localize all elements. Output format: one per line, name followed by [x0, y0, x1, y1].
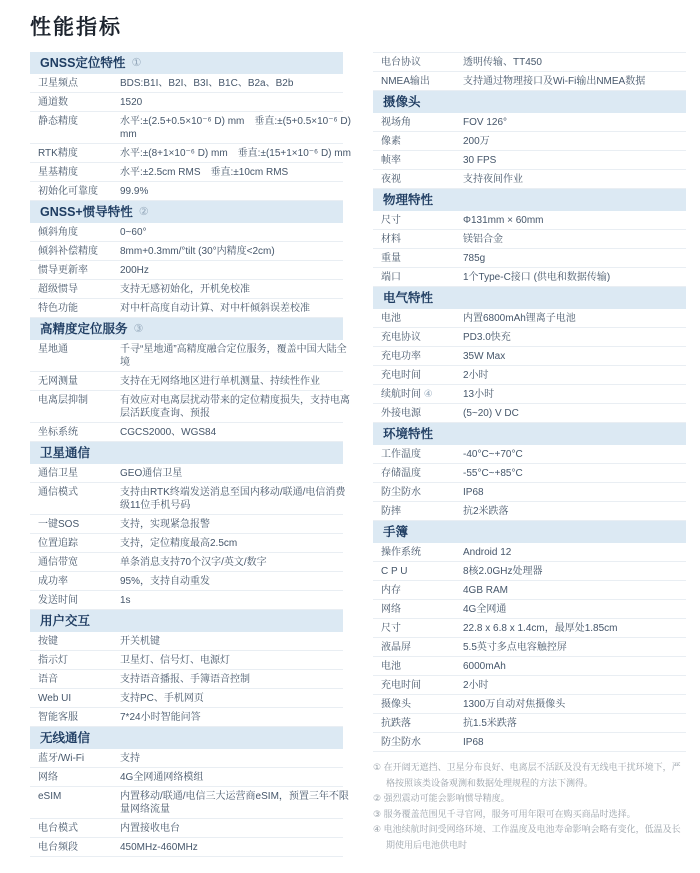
label-badge: ④ [424, 389, 433, 400]
spec-row: 指示灯卫星灯、信号灯、电源灯 [30, 651, 343, 670]
spec-section: 摄像头视场角FOV 126°像素200万帧率30 FPS夜视支持夜间作业 [373, 91, 686, 189]
spec-value: CGCS2000、WGS84 [120, 426, 355, 439]
spec-section: 无线通信蓝牙/Wi-Fi支持网络4G全网通网络模组eSIM内置移动/联通/电信三… [30, 727, 343, 857]
spec-label: 充电协议 [381, 331, 463, 344]
section-header: 卫星通信 [30, 442, 343, 464]
spec-value: 450MHz-460MHz [120, 841, 355, 854]
spec-row: 初始化可靠度99.9% [30, 182, 343, 201]
spec-row: RTK精度水平:±(8+1×10⁻⁶ D) mm 垂直:±(15+1×10⁻⁶ … [30, 144, 343, 163]
spec-label: 无网测量 [38, 375, 120, 388]
section-title: 环境特性 [383, 427, 433, 441]
spec-value: 99.9% [120, 185, 355, 198]
spec-label: 液晶屏 [381, 641, 463, 654]
spec-row: 摄像头1300万自动对焦摄像头 [373, 695, 686, 714]
spec-label: 倾斜角度 [38, 226, 120, 239]
spec-value: 35W Max [463, 350, 698, 363]
section-title: 无线通信 [40, 731, 90, 745]
spec-value: 8核2.0GHz处理器 [463, 565, 698, 578]
section-badge: ③ [134, 322, 144, 336]
spec-label: 位置追踪 [38, 537, 120, 550]
spec-label: 操作系统 [381, 546, 463, 559]
spec-value: 抗2米跌落 [463, 505, 698, 518]
spec-row: 端口1个Type-C接口 (供电和数据传输) [373, 268, 686, 287]
spec-row: 惯导更新率200Hz [30, 261, 343, 280]
spec-value: 镁铝合金 [463, 233, 698, 246]
spec-row: Web UI支持PC、手机网页 [30, 689, 343, 708]
spec-value: 抗1.5米跌落 [463, 717, 698, 730]
spec-value: 8mm+0.3mm/°tilt (30°内精度<2cm) [120, 245, 355, 258]
spec-value: 水平:±(2.5+0.5×10⁻⁶ D) mm 垂直:±(5+0.5×10⁻⁶ … [120, 115, 355, 141]
spec-label: 抗跌落 [381, 717, 463, 730]
spec-label: 特色功能 [38, 302, 120, 315]
spec-label: 防尘防水 [381, 486, 463, 499]
spec-value: 0~60° [120, 226, 355, 239]
spec-label: 坐标系统 [38, 426, 120, 439]
spec-label: 初始化可靠度 [38, 185, 120, 198]
spec-row: 电台模式内置接收电台 [30, 819, 343, 838]
spec-value: 支持，实现紧急报警 [120, 518, 355, 531]
spec-row: 语音支持语音播报、手簿语音控制 [30, 670, 343, 689]
spec-label: 网络 [381, 603, 463, 616]
spec-row: 电离层抑制有效应对电离层扰动带来的定位精度损失，支持电离层活跃度查询、预报 [30, 391, 343, 423]
spec-section: GNSS定位特性①卫星频点BDS:B1I、B2I、B3I、B1C、B2a、B2b… [30, 52, 343, 201]
section-title: GNSS定位特性 [40, 56, 125, 70]
spec-label: 星基精度 [38, 166, 120, 179]
footnote: ② 强烈震动可能会影响惯导精度。 [373, 791, 686, 807]
spec-value: FOV 126° [463, 116, 698, 129]
spec-label: 电台频段 [38, 841, 120, 854]
spec-label: 通信带宽 [38, 556, 120, 569]
spec-value: 支持语音播报、手簿语音控制 [120, 673, 355, 686]
spec-label: 存储温度 [381, 467, 463, 480]
footnote: ③ 服务覆盖范围见千寻官网，服务可用年限可在购买商品时选择。 [373, 807, 686, 823]
page-title: 性能指标 [30, 14, 670, 42]
section-header: 电气特性 [373, 287, 686, 309]
spec-label: 电池 [381, 660, 463, 673]
spec-value: 22.8 x 6.8 x 1.4cm，最厚处1.85cm [463, 622, 698, 635]
spec-label: 防尘防水 [381, 736, 463, 749]
spec-label: 电台模式 [38, 822, 120, 835]
spec-label: 蓝牙/Wi-Fi [38, 752, 120, 765]
section-title: 电气特性 [383, 291, 433, 305]
section-header: 环境特性 [373, 423, 686, 445]
spec-row: 通信带宽单条消息支持70个汉字/英文/数字 [30, 553, 343, 572]
spec-row: C P U8核2.0GHz处理器 [373, 562, 686, 581]
spec-row: 特色功能对中杆高度自动计算、对中杆倾斜误差校准 [30, 299, 343, 318]
section-title: 摄像头 [383, 95, 421, 109]
spec-label: 充电功率 [381, 350, 463, 363]
spec-label: 惯导更新率 [38, 264, 120, 277]
spec-label: 语音 [38, 673, 120, 686]
spec-value: IP68 [463, 736, 698, 749]
spec-label: 夜视 [381, 173, 463, 186]
spec-label: 星地通 [38, 343, 120, 356]
section-header: 高精度定位服务③ [30, 318, 343, 340]
spec-label: 电台协议 [381, 56, 463, 69]
spec-row: 网络4G全网通 [373, 600, 686, 619]
spec-value: 30 FPS [463, 154, 698, 167]
spec-value: 内置移动/联通/电信三大运营商eSIM，预置三年不限量网络流量 [120, 790, 355, 816]
spec-section: 卫星通信通信卫星GEO通信卫星通信模式支持由RTK终端发送消息至国内移动/联通/… [30, 442, 343, 610]
spec-row: 操作系统Android 12 [373, 543, 686, 562]
spec-row: 充电功率35W Max [373, 347, 686, 366]
spec-row: 充电协议PD3.0快充 [373, 328, 686, 347]
spec-row: 存储温度-55°C~+85°C [373, 464, 686, 483]
spec-label: 充电时间 [381, 679, 463, 692]
spec-value: 卫星灯、信号灯、电源灯 [120, 654, 355, 667]
spec-value: PD3.0快充 [463, 331, 698, 344]
footnotes: ① 在开阔无遮挡、卫星分布良好、电离层不活跃及没有无线电干扰环境下，严格按照该类… [373, 760, 686, 853]
spec-value: 4G全网通 [463, 603, 698, 616]
spec-value: 5.5英寸多点电容触控屏 [463, 641, 698, 654]
spec-row: 液晶屏5.5英寸多点电容触控屏 [373, 638, 686, 657]
spec-label: 网络 [38, 771, 120, 784]
spec-row: 电台频段450MHz-460MHz [30, 838, 343, 857]
spec-value: 7*24小时智能问答 [120, 711, 355, 724]
spec-label: 视场角 [381, 116, 463, 129]
spec-label: 充电时间 [381, 369, 463, 382]
spec-value: 2小时 [463, 679, 698, 692]
spec-label: 超级惯导 [38, 283, 120, 296]
spec-label: 内存 [381, 584, 463, 597]
spec-section: 用户交互按键开关机键指示灯卫星灯、信号灯、电源灯语音支持语音播报、手簿语音控制W… [30, 610, 343, 727]
spec-row: 无网测量支持在无网络地区进行单机测量、持续性作业 [30, 372, 343, 391]
spec-row: 电池6000mAh [373, 657, 686, 676]
spec-row: 外接电源(5~20) V DC [373, 404, 686, 423]
spec-value: -55°C~+85°C [463, 467, 698, 480]
spec-value: 785g [463, 252, 698, 265]
spec-label: 倾斜补偿精度 [38, 245, 120, 258]
spec-section: 电台协议透明传输、TT450NMEA输出支持通过物理接口及Wi-Fi输出NMEA… [373, 52, 686, 91]
spec-value: 13小时 [463, 388, 698, 401]
spec-label: 按键 [38, 635, 120, 648]
spec-row: 充电时间2小时 [373, 366, 686, 385]
spec-row: 防尘防水IP68 [373, 483, 686, 502]
spec-value: 对中杆高度自动计算、对中杆倾斜误差校准 [120, 302, 355, 315]
spec-value: 有效应对电离层扰动带来的定位精度损失，支持电离层活跃度查询、预报 [120, 394, 355, 420]
spec-row: 静态精度水平:±(2.5+0.5×10⁻⁶ D) mm 垂直:±(5+0.5×1… [30, 112, 343, 144]
spec-value: 水平:±2.5cm RMS 垂直:±10cm RMS [120, 166, 355, 179]
spec-value: 支持，定位精度最高2.5cm [120, 537, 355, 550]
spec-value: 95%，支持自动重发 [120, 575, 355, 588]
spec-value: 内置接收电台 [120, 822, 355, 835]
spec-label: 像素 [381, 135, 463, 148]
spec-row: 星基精度水平:±2.5cm RMS 垂直:±10cm RMS [30, 163, 343, 182]
spec-value: 1300万自动对焦摄像头 [463, 698, 698, 711]
spec-label: 材料 [381, 233, 463, 246]
spec-label: 续航时间 ④ [381, 388, 463, 401]
spec-label: 防摔 [381, 505, 463, 518]
spec-row: 蓝牙/Wi-Fi支持 [30, 749, 343, 768]
spec-row: 夜视支持夜间作业 [373, 170, 686, 189]
spec-value: 支持 [120, 752, 355, 765]
spec-value: 开关机键 [120, 635, 355, 648]
spec-value: Φ131mm × 60mm [463, 214, 698, 227]
spec-value: 千寻“星地通”高精度融合定位服务，覆盖中国大陆全境 [120, 343, 355, 369]
spec-label: 外接电源 [381, 407, 463, 420]
spec-value: 1个Type-C接口 (供电和数据传输) [463, 271, 698, 284]
spec-row: 像素200万 [373, 132, 686, 151]
spec-label: 静态精度 [38, 115, 120, 128]
spec-value: 200万 [463, 135, 698, 148]
section-header: GNSS定位特性① [30, 52, 343, 74]
spec-value: 透明传输、TT450 [463, 56, 698, 69]
spec-label: 发送时间 [38, 594, 120, 607]
spec-value: 6000mAh [463, 660, 698, 673]
spec-value: 支持由RTK终端发送消息至国内移动/联通/电信消费级11位手机号码 [120, 486, 355, 512]
spec-label: NMEA输出 [381, 75, 463, 88]
spec-row: 倾斜角度0~60° [30, 223, 343, 242]
spec-row: 一键SOS支持，实现紧急报警 [30, 515, 343, 534]
spec-label: Web UI [38, 692, 120, 705]
spec-value: 支持在无网络地区进行单机测量、持续性作业 [120, 375, 355, 388]
spec-section: 高精度定位服务③星地通千寻“星地通”高精度融合定位服务，覆盖中国大陆全境无网测量… [30, 318, 343, 442]
section-title: GNSS+惯导特性 [40, 205, 133, 219]
section-title: 用户交互 [40, 614, 90, 628]
spec-value: GEO通信卫星 [120, 467, 355, 480]
spec-value: 支持无感初始化，开机免校准 [120, 283, 355, 296]
spec-label: 电池 [381, 312, 463, 325]
spec-row: 星地通千寻“星地通”高精度融合定位服务，覆盖中国大陆全境 [30, 340, 343, 372]
spec-value: 4G全网通网络模组 [120, 771, 355, 784]
spec-row: 防摔抗2米跌落 [373, 502, 686, 521]
spec-label: C P U [381, 565, 463, 578]
spec-label: 指示灯 [38, 654, 120, 667]
spec-row: 坐标系统CGCS2000、WGS84 [30, 423, 343, 442]
section-title: 卫星通信 [40, 446, 90, 460]
section-header: 摄像头 [373, 91, 686, 113]
spec-page: 性能指标 GNSS定位特性①卫星频点BDS:B1I、B2I、B3I、B1C、B2… [0, 0, 700, 873]
spec-label: eSIM [38, 790, 120, 803]
spec-label: 帧率 [381, 154, 463, 167]
spec-label: 通信模式 [38, 486, 120, 499]
spec-row: 帧率30 FPS [373, 151, 686, 170]
spec-row: 通道数1520 [30, 93, 343, 112]
spec-value: 支持夜间作业 [463, 173, 698, 186]
spec-row: 通信模式支持由RTK终端发送消息至国内移动/联通/电信消费级11位手机号码 [30, 483, 343, 515]
spec-label: 通道数 [38, 96, 120, 109]
spec-row: NMEA输出支持通过物理接口及Wi-Fi输出NMEA数据 [373, 72, 686, 91]
footnote: ④ 电池续航时间受网络环境、工作温度及电池寿命影响会略有变化，低温及长期使用后电… [373, 822, 686, 853]
spec-value: 内置6800mAh锂离子电池 [463, 312, 698, 325]
spec-label: RTK精度 [38, 147, 120, 160]
section-badge: ② [139, 205, 149, 219]
spec-section: 手簿操作系统Android 12C P U8核2.0GHz处理器内存4GB RA… [373, 521, 686, 752]
spec-row: 续航时间 ④13小时 [373, 385, 686, 404]
section-header: GNSS+惯导特性② [30, 201, 343, 223]
right-column: 电台协议透明传输、TT450NMEA输出支持通过物理接口及Wi-Fi输出NMEA… [373, 52, 686, 853]
section-header: 手簿 [373, 521, 686, 543]
spec-label: 卫星频点 [38, 77, 120, 90]
section-header: 用户交互 [30, 610, 343, 632]
spec-row: 抗跌落抗1.5米跌落 [373, 714, 686, 733]
spec-row: 卫星频点BDS:B1I、B2I、B3I、B1C、B2a、B2b [30, 74, 343, 93]
spec-label: 电离层抑制 [38, 394, 120, 407]
spec-columns: GNSS定位特性①卫星频点BDS:B1I、B2I、B3I、B1C、B2a、B2b… [30, 52, 670, 857]
section-header: 物理特性 [373, 189, 686, 211]
spec-row: 超级惯导支持无感初始化，开机免校准 [30, 280, 343, 299]
spec-value: 4GB RAM [463, 584, 698, 597]
spec-value: 2小时 [463, 369, 698, 382]
section-title: 高精度定位服务 [40, 322, 128, 336]
spec-label: 重量 [381, 252, 463, 265]
footnote: ① 在开阔无遮挡、卫星分布良好、电离层不活跃及没有无线电干扰环境下，严格按照该类… [373, 760, 686, 791]
spec-row: 防尘防水IP68 [373, 733, 686, 752]
spec-label: 尺寸 [381, 214, 463, 227]
spec-value: 支持通过物理接口及Wi-Fi输出NMEA数据 [463, 75, 698, 88]
section-title: 手簿 [383, 525, 408, 539]
spec-value: 200Hz [120, 264, 355, 277]
spec-section: 环境特性工作温度-40°C~+70°C存储温度-55°C~+85°C防尘防水IP… [373, 423, 686, 521]
spec-row: 电池内置6800mAh锂离子电池 [373, 309, 686, 328]
spec-label: 尺寸 [381, 622, 463, 635]
spec-row: 按键开关机键 [30, 632, 343, 651]
spec-row: 视场角FOV 126° [373, 113, 686, 132]
spec-section: GNSS+惯导特性②倾斜角度0~60°倾斜补偿精度8mm+0.3mm/°tilt… [30, 201, 343, 318]
spec-label: 摄像头 [381, 698, 463, 711]
spec-label: 工作温度 [381, 448, 463, 461]
spec-row: 电台协议透明传输、TT450 [373, 53, 686, 72]
section-title: 物理特性 [383, 193, 433, 207]
spec-value: (5~20) V DC [463, 407, 698, 420]
spec-value: 支持PC、手机网页 [120, 692, 355, 705]
spec-value: IP68 [463, 486, 698, 499]
spec-value: 1520 [120, 96, 355, 109]
spec-row: 成功率95%，支持自动重发 [30, 572, 343, 591]
spec-row: 充电时间2小时 [373, 676, 686, 695]
spec-row: 通信卫星GEO通信卫星 [30, 464, 343, 483]
spec-row: 网络4G全网通网络模组 [30, 768, 343, 787]
spec-row: 工作温度-40°C~+70°C [373, 445, 686, 464]
spec-value: 单条消息支持70个汉字/英文/数字 [120, 556, 355, 569]
spec-value: 水平:±(8+1×10⁻⁶ D) mm 垂直:±(15+1×10⁻⁶ D) mm [120, 147, 355, 160]
spec-value: -40°C~+70°C [463, 448, 698, 461]
spec-row: 位置追踪支持，定位精度最高2.5cm [30, 534, 343, 553]
spec-section: 物理特性尺寸Φ131mm × 60mm材料镁铝合金重量785g端口1个Type-… [373, 189, 686, 287]
spec-row: 发送时间1s [30, 591, 343, 610]
section-badge: ① [131, 56, 141, 70]
spec-value: Android 12 [463, 546, 698, 559]
spec-row: 尺寸Φ131mm × 60mm [373, 211, 686, 230]
spec-label: 一键SOS [38, 518, 120, 531]
spec-row: 材料镁铝合金 [373, 230, 686, 249]
spec-value: BDS:B1I、B2I、B3I、B1C、B2a、B2b [120, 77, 355, 90]
spec-row: 重量785g [373, 249, 686, 268]
left-column: GNSS定位特性①卫星频点BDS:B1I、B2I、B3I、B1C、B2a、B2b… [30, 52, 343, 857]
section-header: 无线通信 [30, 727, 343, 749]
spec-row: eSIM内置移动/联通/电信三大运营商eSIM，预置三年不限量网络流量 [30, 787, 343, 819]
spec-section: 电气特性电池内置6800mAh锂离子电池充电协议PD3.0快充充电功率35W M… [373, 287, 686, 423]
spec-label: 成功率 [38, 575, 120, 588]
spec-row: 内存4GB RAM [373, 581, 686, 600]
spec-row: 尺寸22.8 x 6.8 x 1.4cm，最厚处1.85cm [373, 619, 686, 638]
spec-row: 倾斜补偿精度8mm+0.3mm/°tilt (30°内精度<2cm) [30, 242, 343, 261]
spec-row: 智能客服7*24小时智能问答 [30, 708, 343, 727]
spec-value: 1s [120, 594, 355, 607]
spec-label: 智能客服 [38, 711, 120, 724]
spec-label: 端口 [381, 271, 463, 284]
spec-label: 通信卫星 [38, 467, 120, 480]
